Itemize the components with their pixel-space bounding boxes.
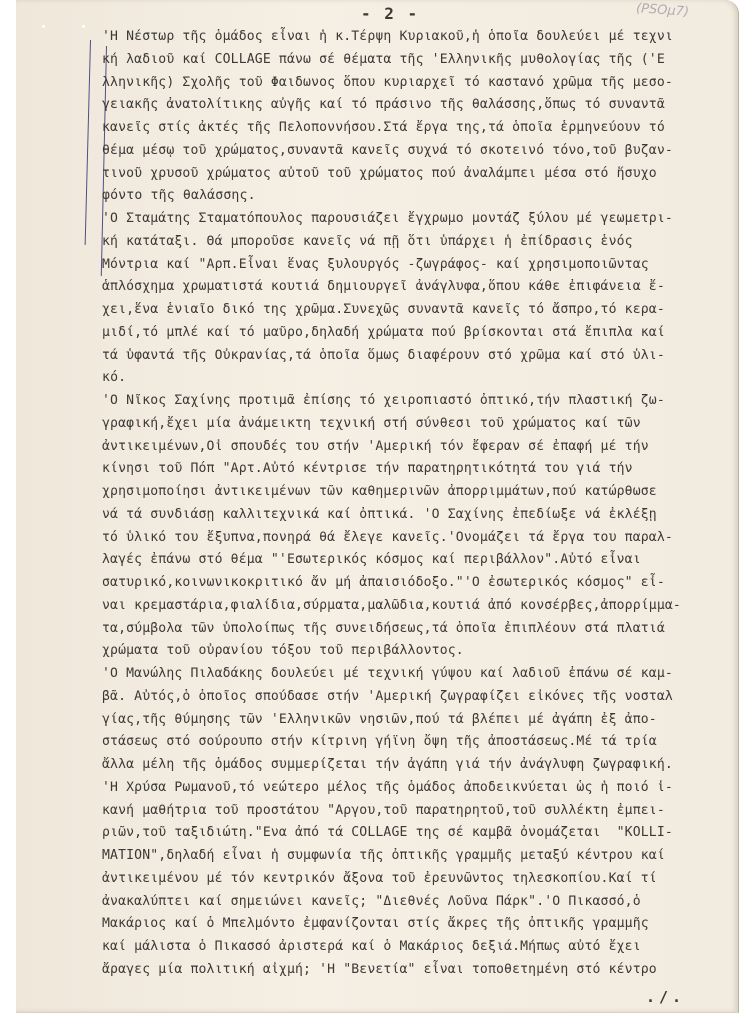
text-line: χρησιμοποίησι ἀντικειμένων τῶν καθημεριν… [102,481,738,504]
text-line: Μόντρια καί "Αρπ.Εἶναι ἕνας ξυλουργός -ζ… [102,254,738,277]
text-line: ναι κρεμαστάρια,φιαλίδια,σύρματα,μαλῶδια… [102,595,738,618]
text-line: γραφική,ἔχει μία ἀνάμεικτη τεχνική στή σ… [102,413,738,436]
archive-pencil-mark: (PSOμ7) [636,1,690,20]
text-line: 'Η Χρύσα Ρωμανοῦ,τό νεώτερο μέλος τῆς ὁμ… [102,777,738,800]
text-line: κή λαδιοῦ καί COLLAGE πάνω σέ θέματα τῆς… [102,49,738,72]
punch-hole [82,25,85,28]
text-line: μιδί,τό μπλέ καί τό μαῦρο,δηλαδή χρώματα… [102,322,738,345]
text-line: λαγές ἐπάνω στό θέμα "'Εσωτερικός κόσμος… [102,549,738,572]
text-line: ἄραγες μία πολιτική αἰχμή; 'Η "Βενετία" … [102,959,738,982]
margin-pen-line [85,40,91,245]
document-body: 'Η Νέστωρ τῆς ὁμάδος εἶναι ἡ κ.Τέρψη Κυρ… [102,26,742,982]
text-line: 'Ο Μανώλης Πιλαδάκης δουλεύει μέ τεχνική… [102,663,738,686]
text-line: φόντο τῆς θαλάσσης. [102,185,742,208]
text-line: τά ὑφαντά τῆς Οὐκρανίας,τά ὁποῖα ὅμως δι… [102,345,738,368]
text-line: 'Ο Σταμάτης Σταματόπουλος παρουσιάζει ἔγ… [102,208,738,231]
continuation-mark: ./. [646,988,685,1006]
text-line: γίας,τῆς θύμησης τῶν 'Ελληνικῶν νησιῶν,π… [102,709,738,732]
text-line: τα,σύμβολα τῶν ὑπολοίπως τῆς συνειδήσεως… [102,618,738,641]
text-line: ριῶν,τοῦ ταξιδιώτη."Ενα ἀπό τά COLLAGE τ… [102,822,738,845]
text-line: ἀντικειμένου μέ τόν κεντρικόν ἄξονα τοῦ … [102,868,738,891]
text-line: 'Ο Νῖκος Σαχίνης προτιμᾶ ἐπίσης τό χειρο… [102,390,738,413]
text-line: ἁπλόσχημα χρωματιστά κουτιά δημιουργεῖ ἀ… [102,276,738,299]
text-line: χει,ἕνα ἑνιαῖο δικό της χρῶμα.Συνεχῶς συ… [102,299,738,322]
text-line: 'Η Νέστωρ τῆς ὁμάδος εἶναι ἡ κ.Τέρψη Κυρ… [102,26,738,49]
text-line: γειακῆς ἀνατολίτικης αὐγῆς καί τό πράσιν… [102,94,738,117]
text-line: βᾶ. Αὐτός,ὁ ὁποῖος σπούδασε στήν 'Αμερικ… [102,686,738,709]
text-line: τό ὑλικό του ἔξυπνα,πονηρά θά ἔλεγε κανε… [102,527,738,550]
text-line: κίνησι τοῦ Πόπ "Αρτ.Αὐτό κέντρισε τήν πα… [102,458,738,481]
text-line: ἄλλα μέλη τῆς ὁμάδος συμμερίζεται τήν ἀγ… [102,754,738,777]
text-line: ἀνακαλύπτει καί σημειώνει κανεῖς; "Διεθν… [102,891,738,914]
text-line: κανή μαθήτρια τοῦ προστάτου "Αργου,τοῦ π… [102,800,738,823]
text-line: νά τά συνδιάσῃ καλλιτεχνικά καί ὀπτικά. … [102,504,738,527]
text-line: θέμα μέσῳ τοῦ χρώματος,συναντᾶ κανεῖς συ… [102,140,738,163]
text-line: καί μάλιστα ὁ Πικασσό ἀριστερά καί ὁ Μακ… [102,936,738,959]
text-line: MATION",δηλαδή εἶναι ἡ συμφωνία τῆς ὀπτι… [102,845,738,868]
punch-hole [42,25,45,28]
text-line: στάσεως στό σούρουπο στήν κίτρινη γήϊνη … [102,731,738,754]
text-line: λληνικῆς) Σχολῆς τοῦ Φαιδωνος ὅπου κυρια… [102,72,738,95]
text-line: κό. [102,367,742,390]
text-line: ἀντικειμένων,Οἱ σπουδές του στήν 'Αμερικ… [102,436,738,459]
text-line: χρώματα τοῦ οὐρανίου τόξου τοῦ περιβάλλο… [102,640,738,663]
text-line: κανεῖς στίς ἀκτές τῆς Πελοποννήσου.Στά ἔ… [102,117,738,140]
text-line: κή κατάταξι. Θά μποροῦσε κανεῖς νά πῇ ὅτ… [102,231,738,254]
page-number: - 2 - [361,4,419,23]
text-line: Μακάριος καί ὁ Μπελμόντο ἐμφανίζονται στ… [102,913,738,936]
text-line: τινοῦ χρυσοῦ χρώματος αὐτοῦ τοῦ χρώματος… [102,163,738,186]
text-line: σατυρικό,κοινωνικοκριτικό ἄν μή ἀπαισιόδ… [102,572,738,595]
